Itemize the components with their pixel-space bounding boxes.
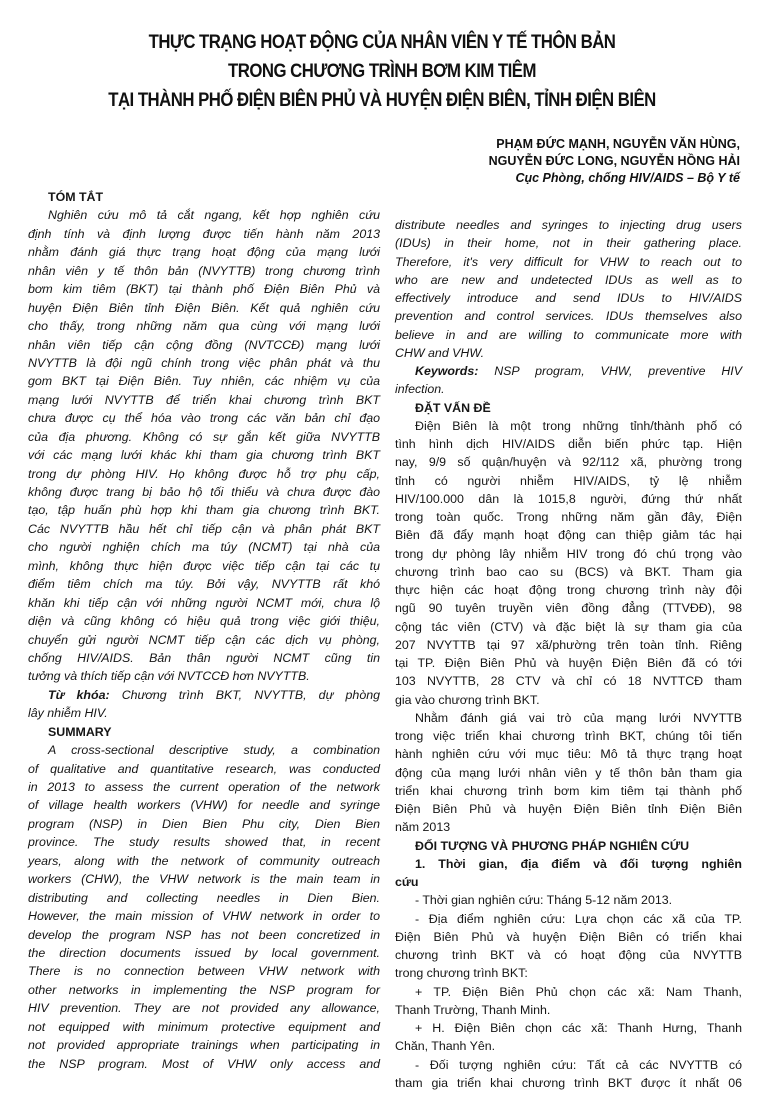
author-affiliation: Cục Phòng, chống HIV/AIDS – Bộ Y tế	[410, 170, 740, 187]
vi-keywords-text: Chương trình BKT, NVYTTB, dự phòng	[110, 688, 380, 702]
text-line: the NSP program. Most of VHW only access…	[28, 1055, 380, 1073]
text-line: triển khai chương trình bơm kim tiêm tại…	[395, 782, 742, 800]
text-line: Các NVYTTB hầu hết chỉ tiếp cận và phân …	[28, 520, 380, 538]
title-line-2: TRONG CHƯƠNG TRÌNH BƠM KIM TIÊM	[53, 57, 710, 86]
text-line: Chăn, Thanh Yên.	[395, 1037, 742, 1055]
text-line: - Địa điểm nghiên cứu: Lựa chọn các xã c…	[395, 910, 742, 928]
text-line: not provided appropriate trainings when …	[28, 1036, 380, 1054]
en-keywords-text: NSP program, VHW, preventive HIV	[478, 364, 742, 378]
text-line: prevention and control services. IDUs th…	[395, 307, 742, 325]
summary-continued: distribute needles and syringes to injec…	[395, 216, 742, 362]
text-line: 103 NVYTTB, 28 CTV và chỉ có 18 NVTTCĐ t…	[395, 672, 742, 690]
methods-body: - Thời gian nghiên cứu: Tháng 5-12 năm 2…	[395, 891, 742, 1092]
text-line: of qualitative and quantitative research…	[28, 760, 380, 778]
text-line: trong dự phòng lây nhiễm HIV trong đó ch…	[395, 545, 742, 563]
text-line: + H. Điện Biên chọn các xã: Thanh Hưng, …	[395, 1019, 742, 1037]
text-line: trong toàn quốc. Trong những năm gần đây…	[395, 508, 742, 526]
text-line: nhân viên y tế thôn bản (NVYTTB) trong c…	[28, 262, 380, 280]
text-line: Điện Biên Phủ và huyện Điện Biên tỉnh Đi…	[395, 800, 742, 818]
vi-keywords-label: Từ khóa:	[48, 688, 110, 702]
text-line: of village health workers (VHW) for need…	[28, 796, 380, 814]
text-line: ngũ 90 tuyên truyền viên đồng đẳng (TTVĐ…	[395, 599, 742, 617]
text-line: Biên đã đẩy mạnh hoạt động can thiệp giả…	[395, 526, 742, 544]
text-line: tạo, tập huấn phù hợp khi tham gia chươn…	[28, 501, 380, 519]
text-line: nay, 9/9 số quận/huyện và 92/112 xã, phư…	[395, 453, 742, 471]
text-line: với các mạng lưới khác khi tham gia chươ…	[28, 446, 380, 464]
text-line: không được trang bị bảo hộ tối thiểu và …	[28, 483, 380, 501]
methods-subheading-1: 1. Thời gian, địa điểm và đối tượng nghi…	[395, 855, 742, 873]
text-line: huyện Điện Biên tỉnh Điện Biên. Kết quả …	[28, 299, 380, 317]
text-line: distribute needles and syringes to injec…	[395, 216, 742, 234]
text-line: - Đối tượng nghiên cứu: Tất cả các NVYTT…	[395, 1056, 742, 1074]
en-keywords-line-2: infection.	[395, 380, 742, 398]
text-line: distributing and collecting needles in D…	[28, 889, 380, 907]
text-line: chương trình BKT và có hoạt động của NVY…	[395, 946, 742, 964]
text-line: cho thấy, trong những năm qua cùng với m…	[28, 317, 380, 335]
title-line-1: THỰC TRẠNG HOẠT ĐỘNG CỦA NHÂN VIÊN Y TẾ …	[53, 28, 710, 57]
text-line: gia vào chương trình BKT.	[395, 691, 742, 709]
author-block: PHẠM ĐỨC MẠNH, NGUYỄN VĂN HÙNG, NGUYỄN Đ…	[410, 136, 740, 187]
text-line: develop the program NSP has not been con…	[28, 926, 380, 944]
text-line: chưa được cụ thể hóa vào trong các văn b…	[28, 409, 380, 427]
text-line: cho người nghiện chích ma túy (NCMT) tại…	[28, 538, 380, 556]
text-line: Thanh Trường, Thanh Minh.	[395, 1001, 742, 1019]
text-line: Therefore, it's very difficult for VHW t…	[395, 253, 742, 271]
article-title: THỰC TRẠNG HOẠT ĐỘNG CỦA NHÂN VIÊN Y TẾ …	[53, 28, 710, 115]
text-line: tại TP. Điện Biên Phủ và huyện Điện Biên…	[395, 654, 742, 672]
dat-van-de-paragraph-1: Điện Biên là một trong những tỉnh/thành …	[395, 417, 742, 709]
dat-van-de-heading: ĐẶT VẤN ĐỀ	[395, 399, 742, 417]
text-line: province. The study results showed that,…	[28, 833, 380, 851]
text-line: bơm kim tiêm (BKT) tại thành phố Điện Bi…	[28, 280, 380, 298]
text-line: not equipped with minimum protective equ…	[28, 1018, 380, 1036]
text-line: mình, không thực hiện được việc tiếp cận…	[28, 557, 380, 575]
text-line: Điện Biên là một trong những tỉnh/thành …	[395, 417, 742, 435]
text-line: believe in and are willing to communicat…	[395, 326, 742, 344]
text-line: thực hiện các hoạt động trong chương trì…	[395, 581, 742, 599]
text-line: tỉnh có người nhiễm HIV/AIDS, tỷ lệ nhiễ…	[395, 472, 742, 490]
tom-tat-body: Nghiên cứu mô tả cắt ngang, kết hợp nghi…	[28, 206, 380, 685]
text-line: động của mạng lưới nhân viên y tế thôn b…	[395, 764, 742, 782]
text-line: Điện Biên Phủ và huyện Điện Biên có triể…	[395, 928, 742, 946]
en-keywords-label: Keywords:	[415, 364, 478, 378]
vi-keywords-line: Từ khóa: Chương trình BKT, NVYTTB, dự ph…	[28, 686, 380, 704]
text-line: năm 2013	[395, 818, 742, 836]
text-line: HIV/100.000 dân là 1015,8 người, đứng th…	[395, 490, 742, 508]
text-line: hành nghiên cứu với mục tiêu: Mô tả thực…	[395, 745, 742, 763]
text-line: However, the main mission of VHW network…	[28, 907, 380, 925]
text-line: HIV prevention. They are not provided an…	[28, 999, 380, 1017]
text-line: program (NSP) in Dien Bien Phu city, Die…	[28, 815, 380, 833]
text-line: gom BKT tại Điện Biên. Tuy nhiên, các nh…	[28, 372, 380, 390]
text-line: There is no connection between VHW netwo…	[28, 962, 380, 980]
text-line: diện và cũng không có hiệu quả trong việ…	[28, 612, 380, 630]
text-line: effectively introduce and send IDUs to H…	[395, 289, 742, 307]
author-names-line-1: PHẠM ĐỨC MẠNH, NGUYỄN VĂN HÙNG,	[410, 136, 740, 153]
left-column: TÓM TẮT Nghiên cứu mô tả cắt ngang, kết …	[28, 188, 380, 1073]
en-keywords-line: Keywords: NSP program, VHW, preventive H…	[395, 362, 742, 380]
text-line: Nghiên cứu mô tả cắt ngang, kết hợp nghi…	[28, 206, 380, 224]
text-line: other networks in implementing the NSP p…	[28, 981, 380, 999]
summary-heading: SUMMARY	[28, 723, 380, 741]
text-line: the direction documents issued by local …	[28, 944, 380, 962]
text-line: mạng lưới NVYTTB để triển khai chương tr…	[28, 391, 380, 409]
text-line: chương trình bao cao su (BCS) và BKT. Th…	[395, 563, 742, 581]
text-line: khăn khi tiếp cận với những người NCMT m…	[28, 594, 380, 612]
text-line: + TP. Điện Biên Phủ chọn các xã: Nam Tha…	[395, 983, 742, 1001]
methods-heading: ĐỐI TƯỢNG VÀ PHƯƠNG PHÁP NGHIÊN CỨU	[395, 837, 742, 855]
text-line: của địa phương. Không có sự gắn kết giữa…	[28, 428, 380, 446]
vi-keywords-line-2: lây nhiễm HIV.	[28, 704, 380, 722]
text-line: who are new and undetected IDUs as well …	[395, 271, 742, 289]
text-line: định tính và định lượng được tiến hành n…	[28, 225, 380, 243]
text-line: workers (CHW), the VHW network is the ma…	[28, 870, 380, 888]
text-line: trong chương trình BKT:	[395, 964, 742, 982]
text-line: 207 NVYTTB tại 97 xã/phường trên toàn tỉ…	[395, 636, 742, 654]
text-line: tưởng và thích tiếp cận với NVTCCĐ hơn N…	[28, 667, 380, 685]
text-line: chống HIV/AIDS. Bản thân người NCMT cũng…	[28, 649, 380, 667]
text-line: nhân viên tiếp cận cộng đồng (NVTCCĐ) mạ…	[28, 336, 380, 354]
text-line: cộng tác viên (CTV) và đặc biệt là sự th…	[395, 618, 742, 636]
text-line: trong dự phòng HIV. Họ không được hỗ trợ…	[28, 465, 380, 483]
text-line: trong việc triển khai chương trình BKT, …	[395, 727, 742, 745]
text-line: years, along with the network of communi…	[28, 852, 380, 870]
methods-subheading-1-cont: cứu	[395, 873, 742, 891]
text-line: in 2013 to assess the current operation …	[28, 778, 380, 796]
text-line: (IDUs) in their home, not in their gathe…	[395, 234, 742, 252]
dat-van-de-paragraph-2: Nhằm đánh giá vai trò của mạng lưới NVYT…	[395, 709, 742, 837]
summary-body: A cross-sectional descriptive study, a c…	[28, 741, 380, 1073]
text-line: điểm tiêm chích ma túy. Bởi vậy, NVYTTB …	[28, 575, 380, 593]
author-names-line-2: NGUYỄN ĐỨC LONG, NGUYỄN HỒNG HẢI	[410, 153, 740, 170]
right-column: distribute needles and syringes to injec…	[395, 216, 742, 1092]
text-line: tham gia triển khai chương trình BKT đượ…	[395, 1074, 742, 1092]
text-line: tình hình dịch HIV/AIDS diễn biến phức t…	[395, 435, 742, 453]
text-line: nhằm đánh giá thực trạng hoạt động của m…	[28, 243, 380, 261]
text-line: A cross-sectional descriptive study, a c…	[28, 741, 380, 759]
text-line: - Thời gian nghiên cứu: Tháng 5-12 năm 2…	[395, 891, 742, 909]
text-line: NVYTTB là đội ngũ chính trong việc phân …	[28, 354, 380, 372]
text-line: Nhằm đánh giá vai trò của mạng lưới NVYT…	[395, 709, 742, 727]
title-line-3: TẠI THÀNH PHỐ ĐIỆN BIÊN PHỦ VÀ HUYỆN ĐIỆ…	[53, 86, 710, 115]
text-line: CHW and VHW.	[395, 344, 742, 362]
text-line: chuyển gửi người NCMT tiếp cận các dịch …	[28, 631, 380, 649]
tom-tat-heading: TÓM TẮT	[28, 188, 380, 206]
